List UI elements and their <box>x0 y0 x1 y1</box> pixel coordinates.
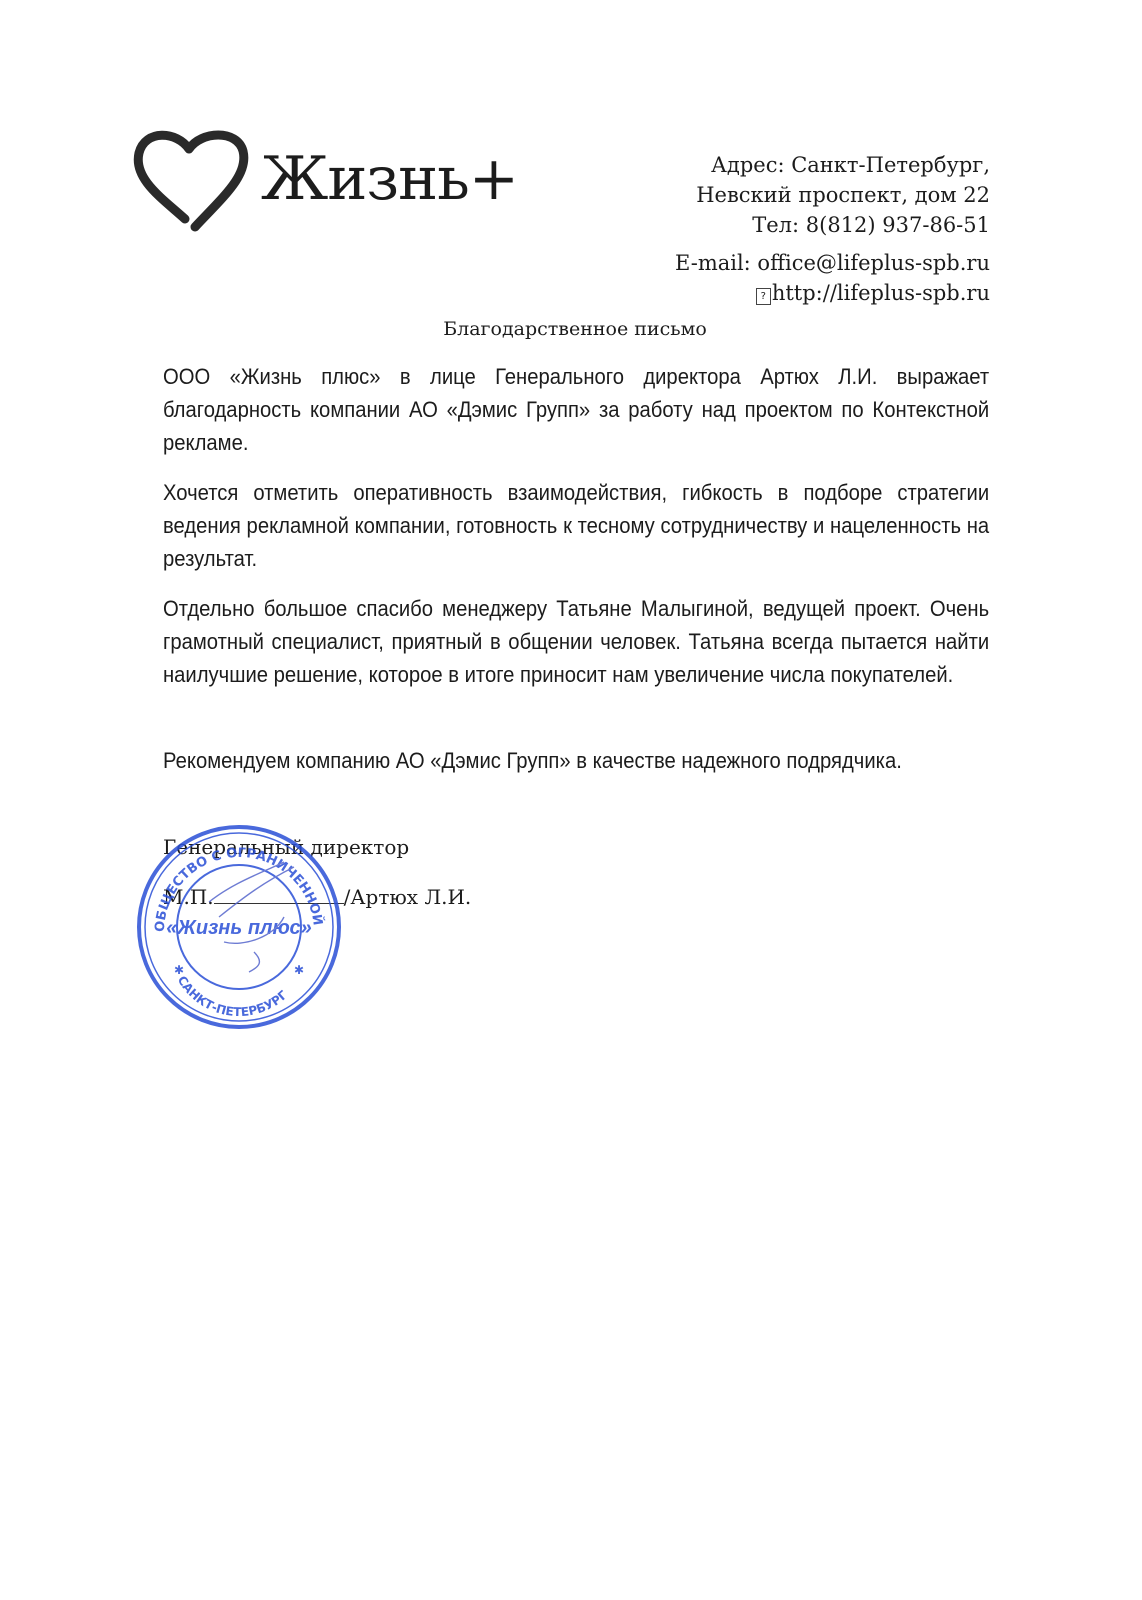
signer-name: /Артюх Л.И. <box>344 885 472 909</box>
phone-number: Тел: 8(812) 937-86-51 <box>675 210 990 240</box>
svg-text:«Жизнь плюс»: «Жизнь плюс» <box>166 917 312 939</box>
company-stamp-icon: ОБЩЕСТВО С ОГРАНИЧЕННОЙ ОТВЕТСТВЕННОСТЬЮ… <box>134 822 344 1032</box>
address-line-1: Адрес: Санкт-Петербург, <box>675 150 990 180</box>
contact-block: Адрес: Санкт-Петербург, Невский проспект… <box>675 150 990 308</box>
svg-text:ОБЩЕСТВО С ОГРАНИЧЕННОЙ ОТВЕТС: ОБЩЕСТВО С ОГРАНИЧЕННОЙ ОТВЕТСТВЕННОСТЬЮ <box>134 822 326 932</box>
missing-glyph-icon: ? <box>756 288 771 305</box>
svg-text:САНКТ-ПЕТЕРБУРГ: САНКТ-ПЕТЕРБУРГ <box>175 973 291 1019</box>
document-title: Благодарственное письмо <box>0 318 1142 340</box>
paragraph-1: ООО «Жизнь плюс» в лице Генерального дир… <box>163 360 989 459</box>
heart-icon <box>133 127 253 237</box>
website-line: ?http://lifeplus-spb.ru <box>675 278 990 308</box>
svg-text:✱: ✱ <box>174 963 184 977</box>
paragraph-3: Отдельно большое спасибо менеджеру Татья… <box>163 592 989 691</box>
company-logo: Жизнь+ <box>133 127 523 237</box>
email-address: E-mail: office@lifeplus-spb.ru <box>675 248 990 278</box>
paragraph-2: Хочется отметить оперативность взаимодей… <box>163 476 989 575</box>
paragraph-4: Рекомендуем компанию АО «Дэмис Групп» в … <box>163 744 989 777</box>
website-link[interactable]: http://lifeplus-spb.ru <box>772 281 990 305</box>
address-line-2: Невский проспект, дом 22 <box>675 180 990 210</box>
letter-page: Жизнь+ Адрес: Санкт-Петербург, Невский п… <box>0 0 1142 1600</box>
logo-wordmark: Жизнь+ <box>261 149 518 209</box>
svg-text:✱: ✱ <box>294 963 304 977</box>
